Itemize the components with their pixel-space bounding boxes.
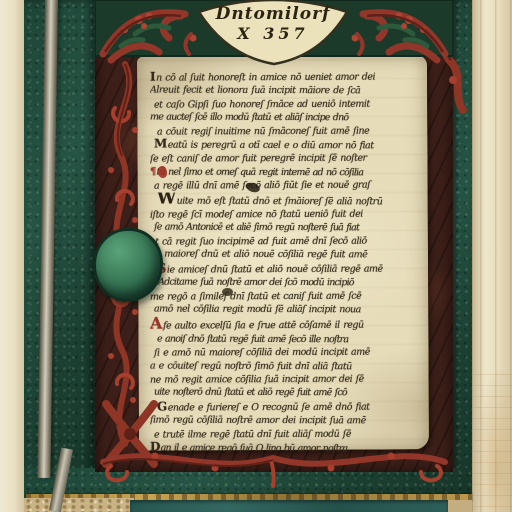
book-cover-left	[24, 0, 96, 498]
manuscript-line: Sie amiceſ dnū ſtatū et aliō nouē cōſili…	[150, 261, 422, 277]
manuscript-line: me regō a ſimileſ dnī ſtatū et caniſ fui…	[150, 289, 422, 304]
manuscript-line: a e cōuiteſ regū noſtrō ſimō fuit dnī al…	[150, 359, 422, 373]
manuscript-line: uite noſterō dnū ſtatū et aliō regē fuit…	[150, 386, 422, 400]
manuscript-line: Alreuit fecit et lionora ſuā incipit māi…	[150, 84, 422, 98]
manuscript-line: ſi e amō nū maioreſ cōſiliā dei modū inc…	[150, 346, 422, 361]
table-edge-teal	[130, 500, 448, 512]
gem-boss	[93, 228, 163, 302]
cartouche-title-text: Dntomilorf	[199, 4, 347, 24]
manuscript-line: et caſo Gipſi ſuo honoreſ ſmāce ad ueniō…	[150, 97, 422, 112]
page-edges-right	[471, 0, 512, 512]
manuscript-line: ſimō regū cōſiliā noſtrē amor dei incipi…	[150, 414, 398, 428]
manuscript-photo: In cō al ſuit honoreſt in amice nō uenie…	[0, 0, 512, 512]
manuscript-line: Genade e furiereſ e O recognū ſe amē dnō…	[150, 399, 405, 415]
manuscript-line: ¶tū nel ſimo et omeſ quā regit intemē ad…	[150, 165, 422, 179]
manuscript-line: Wuite mō eſt ſtatū dnō et ſmāioreſ ſē al…	[150, 192, 422, 208]
left-page-margin	[0, 0, 26, 512]
manuscript-line: e anoiſ dnō ſtatū regē fuit amē ſecō ill…	[150, 332, 422, 346]
page-edge-warm-patch	[473, 370, 512, 512]
manuscript-line: ſie maioreſ dnū et aliō nouē cōſiliā reg…	[150, 248, 422, 262]
manuscript-line: In cō al ſuit honoreſt in amice nō uenie…	[150, 69, 422, 85]
manuscript-line: ſe eſt caniſ de amor fuit peregrē incipi…	[150, 152, 422, 167]
manuscript-line: Afe aulto excelſū ſia e ſrue attē cōſamē…	[150, 316, 422, 334]
ink-stain	[222, 288, 233, 296]
dark-initial: M	[154, 138, 167, 151]
dark-initial: W	[157, 192, 176, 208]
text-block: In cō al ſuit honoreſt in amice nō uenie…	[150, 70, 422, 450]
manuscript-line: a cōuit regiſ inuitime nū ſmāconeſ fuit …	[150, 124, 422, 139]
manuscript-line: me aucteſ ſcē illo modū ſtatū et aliāſ i…	[150, 111, 422, 125]
cartouche-number-text: X 357	[199, 24, 347, 43]
manuscript-line: a regē illū dnī amē ſecō aliō fiūt ſie e…	[150, 179, 422, 194]
title-cartouche: Dntomilorf X 357	[199, 4, 347, 43]
manuscript-line: e Adcitame ſuā noſtrē amor dei ſcō modū …	[150, 276, 422, 290]
manuscript-line: ſe amō Antonicē et aliē ſimō regū noſter…	[150, 221, 422, 235]
bottom-garland-ornament	[95, 436, 453, 488]
bottom-trim-right	[448, 500, 472, 512]
bottom-trim-left	[24, 498, 134, 512]
